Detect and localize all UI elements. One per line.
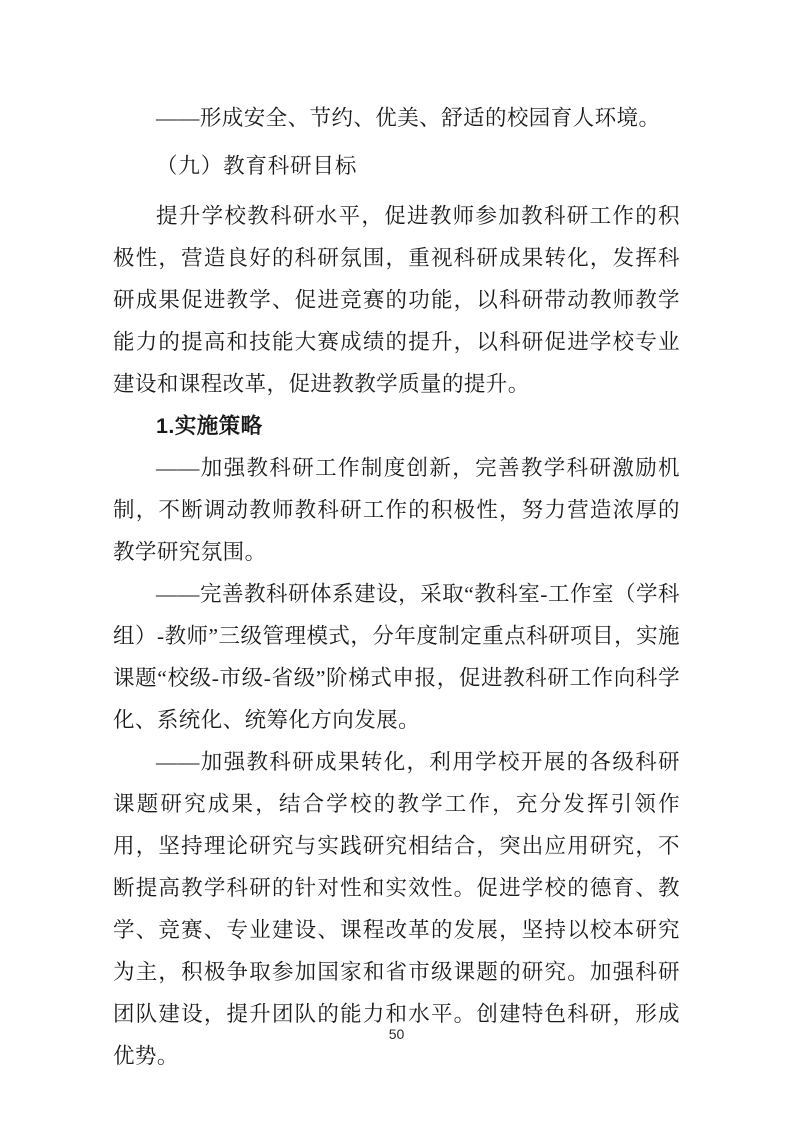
paragraph-strategy-innovation: ——加强教科研工作制度创新，完善教学科研激励机制，不断调动教师教科研工作的积极性… xyxy=(113,447,680,573)
page-number: 50 xyxy=(0,1026,793,1042)
paragraph-campus-environment: ——形成安全、节约、优美、舒适的校园育人环境。 xyxy=(113,97,680,139)
paragraph-research-goal: 提升学校教科研水平，促进教师参加教科研工作的积极性，营造良好的科研氛围，重视科研… xyxy=(113,195,680,405)
section-heading-education-research-goal: （九）教育科研目标 xyxy=(113,145,680,187)
document-page: ——形成安全、节约、优美、舒适的校园育人环境。 （九）教育科研目标 提升学校教科… xyxy=(0,0,793,1122)
subsection-heading-implementation-strategy: 1.实施策略 xyxy=(113,405,680,447)
paragraph-strategy-system: ——完善教科研体系建设，采取“教科室-工作室（学科组）-教师”三级管理模式，分年… xyxy=(113,573,680,741)
